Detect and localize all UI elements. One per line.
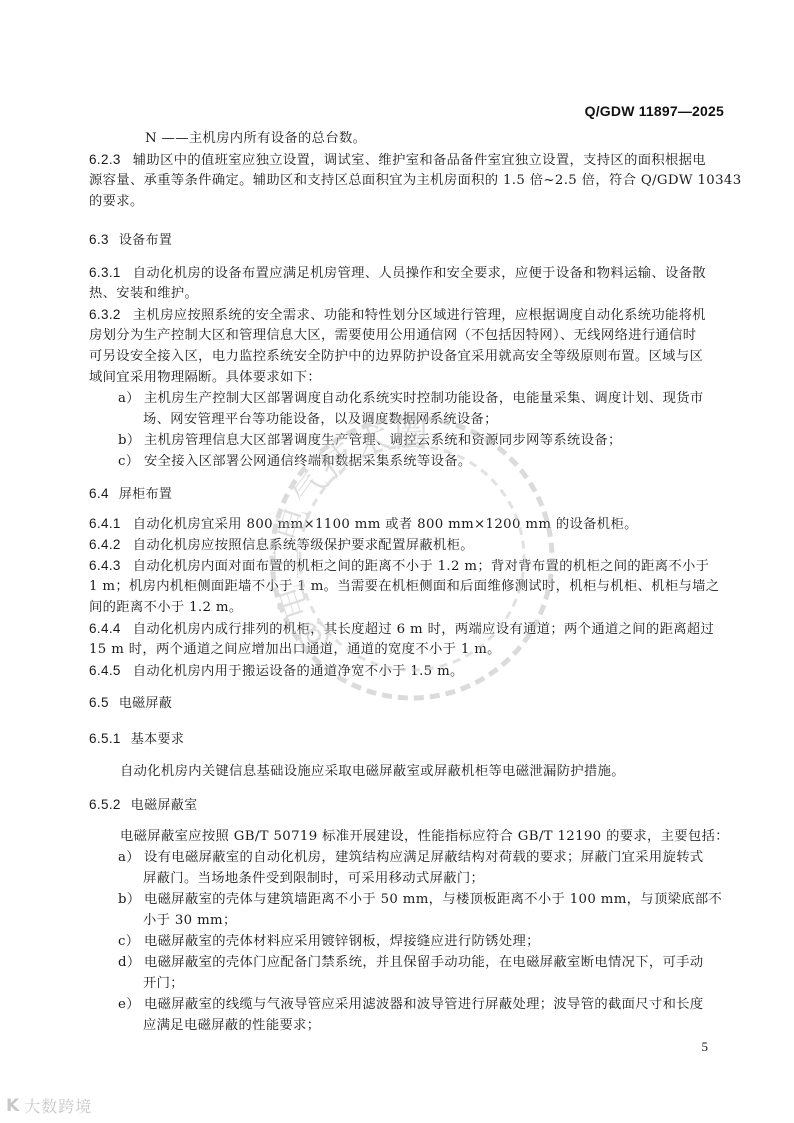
clause-6-3-2-line4: 域间宜采用物理隔断。具体要求如下：	[89, 368, 719, 388]
clause-6-5-1-body: 自动化机房内关键信息基础设施应采取电磁屏蔽室或屏蔽机柜等电磁泄漏防护措施。	[120, 762, 750, 782]
document-page: Q/GDW 11897—2025 N ——主机房内所有设备的总台数。 6.2.3…	[0, 0, 794, 1123]
list-item-b-line2: 小于 30 mm；	[143, 911, 773, 931]
clause-6-4-3-line3: 间的距离不小于 1.2 m。	[89, 598, 719, 618]
clause-6-4-4: 6.4.4自动化机房内成行排列的机柜，其长度超过 6 m 时，两端应设有通道；两…	[89, 619, 719, 640]
section-heading-6-4: 6.4屏柜布置	[89, 484, 719, 505]
corner-logo: K 大数跨境	[6, 1094, 92, 1117]
list-item-d-line2: 开门；	[143, 974, 773, 994]
page-number: 5	[702, 1039, 709, 1055]
clause-6-2-3-line2: 源容量、承重等条件确定。辅助区和支持区总面积宜为主机房面积的 1.5 倍~2.5…	[89, 171, 719, 191]
clause-6-3-2: 6.3.2主机房应按照系统的安全需求、功能和特性划分区域进行管理，应根据调度自动…	[89, 305, 719, 326]
clause-6-3-1-line2: 热、安装和维护。	[89, 284, 719, 304]
subsection-heading-6-5-2: 6.5.2电磁屏蔽室	[89, 795, 719, 816]
clause-6-3-1: 6.3.1自动化机房的设备布置应满足机房管理、人员操作和安全要求，应便于设备和物…	[89, 263, 719, 284]
list-item-a-line2: 场、网安管理平台等功能设备，以及调度数据网系统设备；	[143, 410, 773, 430]
clause-6-3-2-line3: 可另设安全接入区，电力监控系统安全防护中的边界防护设备宜采用就高安全等级原则布置…	[89, 347, 719, 367]
subsection-heading-6-5-1: 6.5.1基本要求	[89, 729, 719, 750]
list-item-b: b）主机房管理信息大区部署调度生产管理、调控云系统和资源同步网等系统设备；	[118, 431, 748, 451]
clause-6-4-3-line2: 1 m；机房内机柜侧面距墙不小于 1 m。当需要在机柜侧面和后面维修测试时，机柜…	[89, 577, 719, 597]
clause-6-4-3: 6.4.3自动化机房内面对面布置的机柜之间的距离不小于 1.2 m；背对背布置的…	[89, 556, 719, 577]
clause-6-5-2-intro: 电磁屏蔽室应按照 GB/T 50719 标准开展建设，性能指标应符合 GB/T …	[120, 827, 750, 847]
list-item-b: b）电磁屏蔽室的壳体与建筑墙距离不小于 50 mm，与楼顶板距离不小于 100 …	[118, 890, 748, 910]
list-item-a-line2: 屏蔽门。当场地条件受到限制时，可采用移动式屏蔽门；	[143, 869, 773, 889]
brand-logo-text: 大数跨境	[24, 1094, 92, 1117]
list-item-c: c）安全接入区部署公网通信终端和数据采集系统等设备。	[118, 452, 748, 472]
section-heading-6-5: 6.5电磁屏蔽	[89, 693, 719, 714]
list-item-d: d）电磁屏蔽室的壳体门应配备门禁系统，并且保留手动功能，在电磁屏蔽室断电情况下，…	[118, 953, 748, 973]
list-item-c: c）电磁屏蔽室的壳体材料应采用镀锌钢板，焊接缝应进行防锈处理；	[118, 932, 748, 952]
list-item-e-line2: 应满足电磁屏蔽的性能要求；	[143, 1016, 773, 1036]
section-heading-6-3: 6.3设备布置	[89, 230, 719, 251]
clause-6-4-4-line2: 15 m 时，两个通道之间应增加出口通道，通道的宽度不小于 1 m。	[89, 640, 719, 660]
brand-logo-icon: K	[6, 1096, 20, 1116]
clause-6-2-3-line3: 的要求。	[89, 192, 719, 212]
clause-6-4-2: 6.4.2自动化机房应按照信息系统等级保护要求配置屏蔽机柜。	[89, 535, 719, 556]
clause-6-4-1: 6.4.1自动化机房宜采用 800 mm×1100 mm 或者 800 mm×1…	[89, 514, 719, 535]
list-item-e: e）电磁屏蔽室的线缆与气液导管应采用滤波器和波导管进行屏蔽处理；波导管的截面尺寸…	[118, 995, 748, 1015]
clause-6-3-2-line2: 房划分为生产控制大区和管理信息大区，需要使用公用通信网（不包括因特网）、无线网络…	[89, 326, 719, 346]
variable-definition: N ——主机房内所有设备的总台数。	[145, 129, 775, 149]
clause-6-4-5: 6.4.5自动化机房内用于搬运设备的通道净宽不小于 1.5 m。	[89, 661, 719, 682]
list-item-a: a）设有电磁屏蔽室的自动化机房，建筑结构应满足屏蔽结构对荷载的要求；屏蔽门宜采用…	[118, 848, 748, 868]
clause-6-2-3: 6.2.3辅助区中的值班室应独立设置，调试室、维护室和备品备件室宜独立设置，支持…	[89, 150, 719, 171]
list-item-a: a）主机房生产控制大区部署调度自动化系统实时控制功能设备，电能量采集、调度计划、…	[118, 389, 748, 409]
standard-code-header: Q/GDW 11897—2025	[585, 103, 724, 119]
